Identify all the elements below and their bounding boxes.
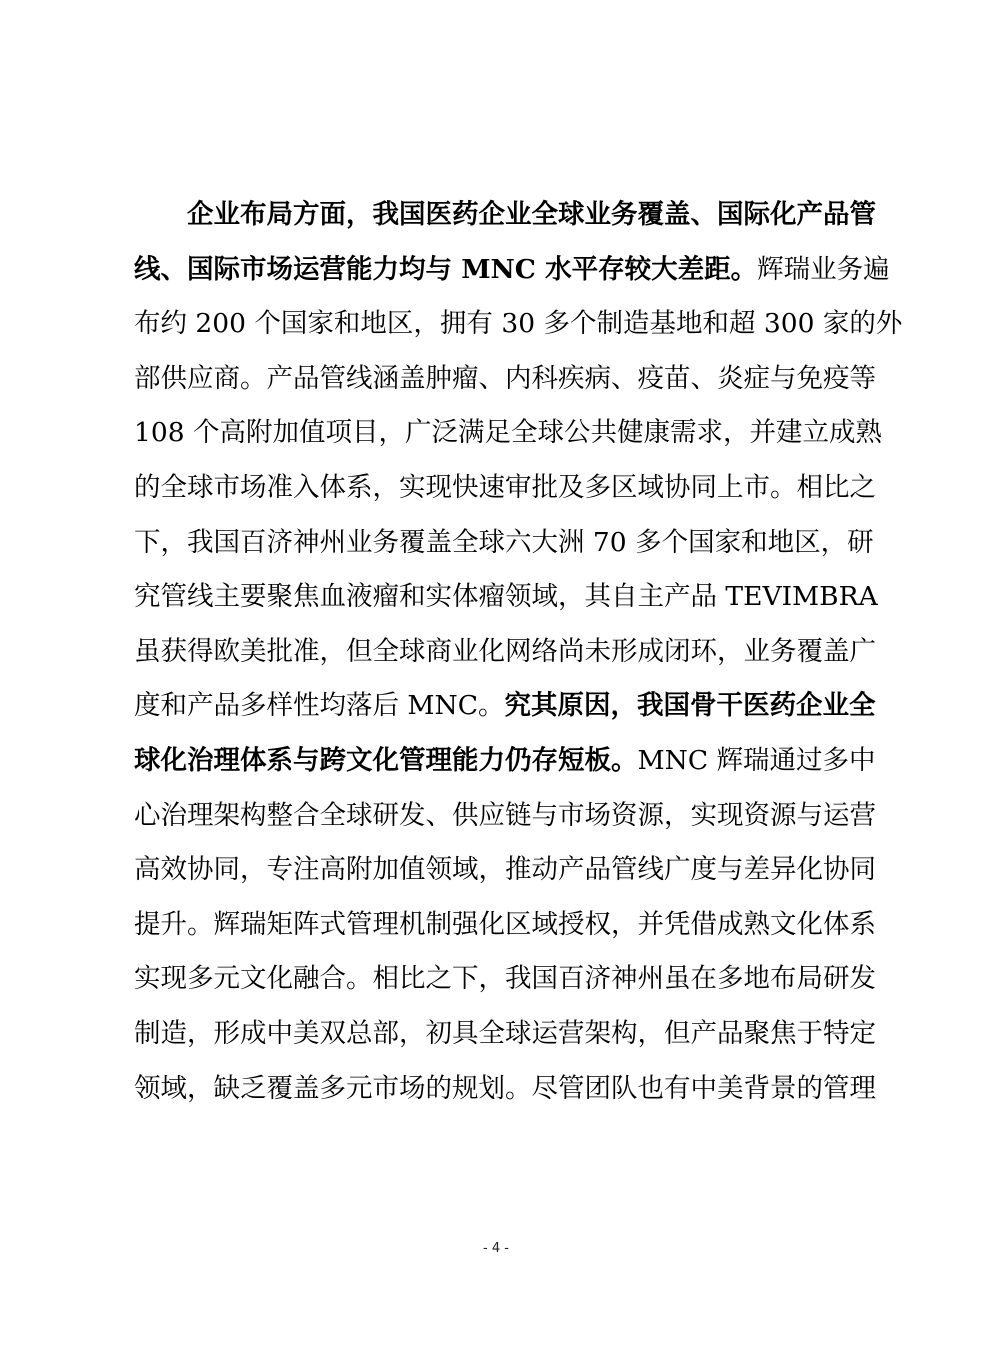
text-run: 领域，缺乏覆盖多元市场的规划。尽管团队也有中美背景的管理	[134, 1073, 876, 1104]
text-line: 线、国际市场运营能力均与 MNC 水平存较大差距。辉瑞业务遍	[134, 243, 860, 298]
page-number: - 4 -	[0, 1241, 992, 1256]
text-line: 部供应商。产品管线涵盖肿瘤、内科疾病、疫苗、炎症与免疫等	[134, 352, 860, 407]
text-line: 虽获得欧美批准，但全球商业化网络尚未形成闭环，业务覆盖广	[134, 625, 860, 680]
text-run: 虽获得欧美批准，但全球商业化网络尚未形成闭环，业务覆盖广	[134, 636, 876, 667]
text-run: 实现多元文化融合。相比之下，我国百济神州虽在多地布局研发	[134, 963, 876, 994]
text-line: 球化治理体系与跨文化管理能力仍存短板。MNC 辉瑞通过多中	[134, 734, 860, 789]
document-page: 企业布局方面，我国医药企业全球业务覆盖、国际化产品管线、国际市场运营能力均与 M…	[0, 0, 992, 1347]
text-run: 108 个高附加值项目，广泛满足全球公共健康需求，并建立成熟	[134, 417, 882, 448]
bold-text-run: 球化治理体系与跨文化管理能力仍存短板。	[134, 745, 638, 776]
text-line: 究管线主要聚焦血液瘤和实体瘤领域，其自主产品 TEVIMBRA	[134, 570, 860, 625]
text-line: 度和产品多样性均落后 MNC。究其原因，我国骨干医药企业全	[134, 679, 860, 734]
text-run: 辉瑞业务遍	[757, 254, 890, 285]
text-run: 制造，形成中美双总部，初具全球运营架构，但产品聚焦于特定	[134, 1018, 876, 1049]
text-line: 布约 200 个国家和地区，拥有 30 多个制造基地和超 300 家的外	[134, 297, 860, 352]
text-run: 提升。辉瑞矩阵式管理机制强化区域授权，并凭借成熟文化体系	[134, 909, 876, 940]
text-line: 企业布局方面，我国医药企业全球业务覆盖、国际化产品管	[134, 188, 860, 243]
bold-text-run: 究其原因，我国骨干医药企业全	[505, 690, 876, 721]
text-run: 部供应商。产品管线涵盖肿瘤、内科疾病、疫苗、炎症与免疫等	[134, 363, 876, 394]
text-line: 的全球市场准入体系，实现快速审批及多区域协同上市。相比之	[134, 461, 860, 516]
text-line: 制造，形成中美双总部，初具全球运营架构，但产品聚焦于特定	[134, 1007, 860, 1062]
body-paragraph: 企业布局方面，我国医药企业全球业务覆盖、国际化产品管线、国际市场运营能力均与 M…	[134, 188, 860, 1116]
text-run: MNC 辉瑞通过多中	[638, 745, 876, 776]
text-run: 度和产品多样性均落后 MNC。	[134, 690, 505, 721]
text-run: 心治理架构整合全球研发、供应链与市场资源，实现资源与运营	[134, 800, 876, 831]
text-line: 心治理架构整合全球研发、供应链与市场资源，实现资源与运营	[134, 789, 860, 844]
text-line: 领域，缺乏覆盖多元市场的规划。尽管团队也有中美背景的管理	[134, 1062, 860, 1117]
bold-text-run: 线、国际市场运营能力均与 MNC 水平存较大差距。	[134, 254, 757, 285]
text-line: 提升。辉瑞矩阵式管理机制强化区域授权，并凭借成熟文化体系	[134, 898, 860, 953]
text-run: 高效协同，专注高附加值领域，推动产品管线广度与差异化协同	[134, 854, 876, 885]
text-line: 108 个高附加值项目，广泛满足全球公共健康需求，并建立成熟	[134, 406, 860, 461]
text-line: 高效协同，专注高附加值领域，推动产品管线广度与差异化协同	[134, 843, 860, 898]
text-run: 下，我国百济神州业务覆盖全球六大洲 70 多个国家和地区，研	[134, 527, 874, 558]
text-line: 实现多元文化融合。相比之下，我国百济神州虽在多地布局研发	[134, 952, 860, 1007]
text-line: 下，我国百济神州业务覆盖全球六大洲 70 多个国家和地区，研	[134, 516, 860, 571]
text-run: 布约 200 个国家和地区，拥有 30 多个制造基地和超 300 家的外	[134, 308, 902, 339]
text-run: 的全球市场准入体系，实现快速审批及多区域协同上市。相比之	[134, 472, 876, 503]
text-run: 究管线主要聚焦血液瘤和实体瘤领域，其自主产品 TEVIMBRA	[134, 581, 878, 612]
bold-text-run: 企业布局方面，我国医药企业全球业务覆盖、国际化产品管	[134, 199, 876, 230]
